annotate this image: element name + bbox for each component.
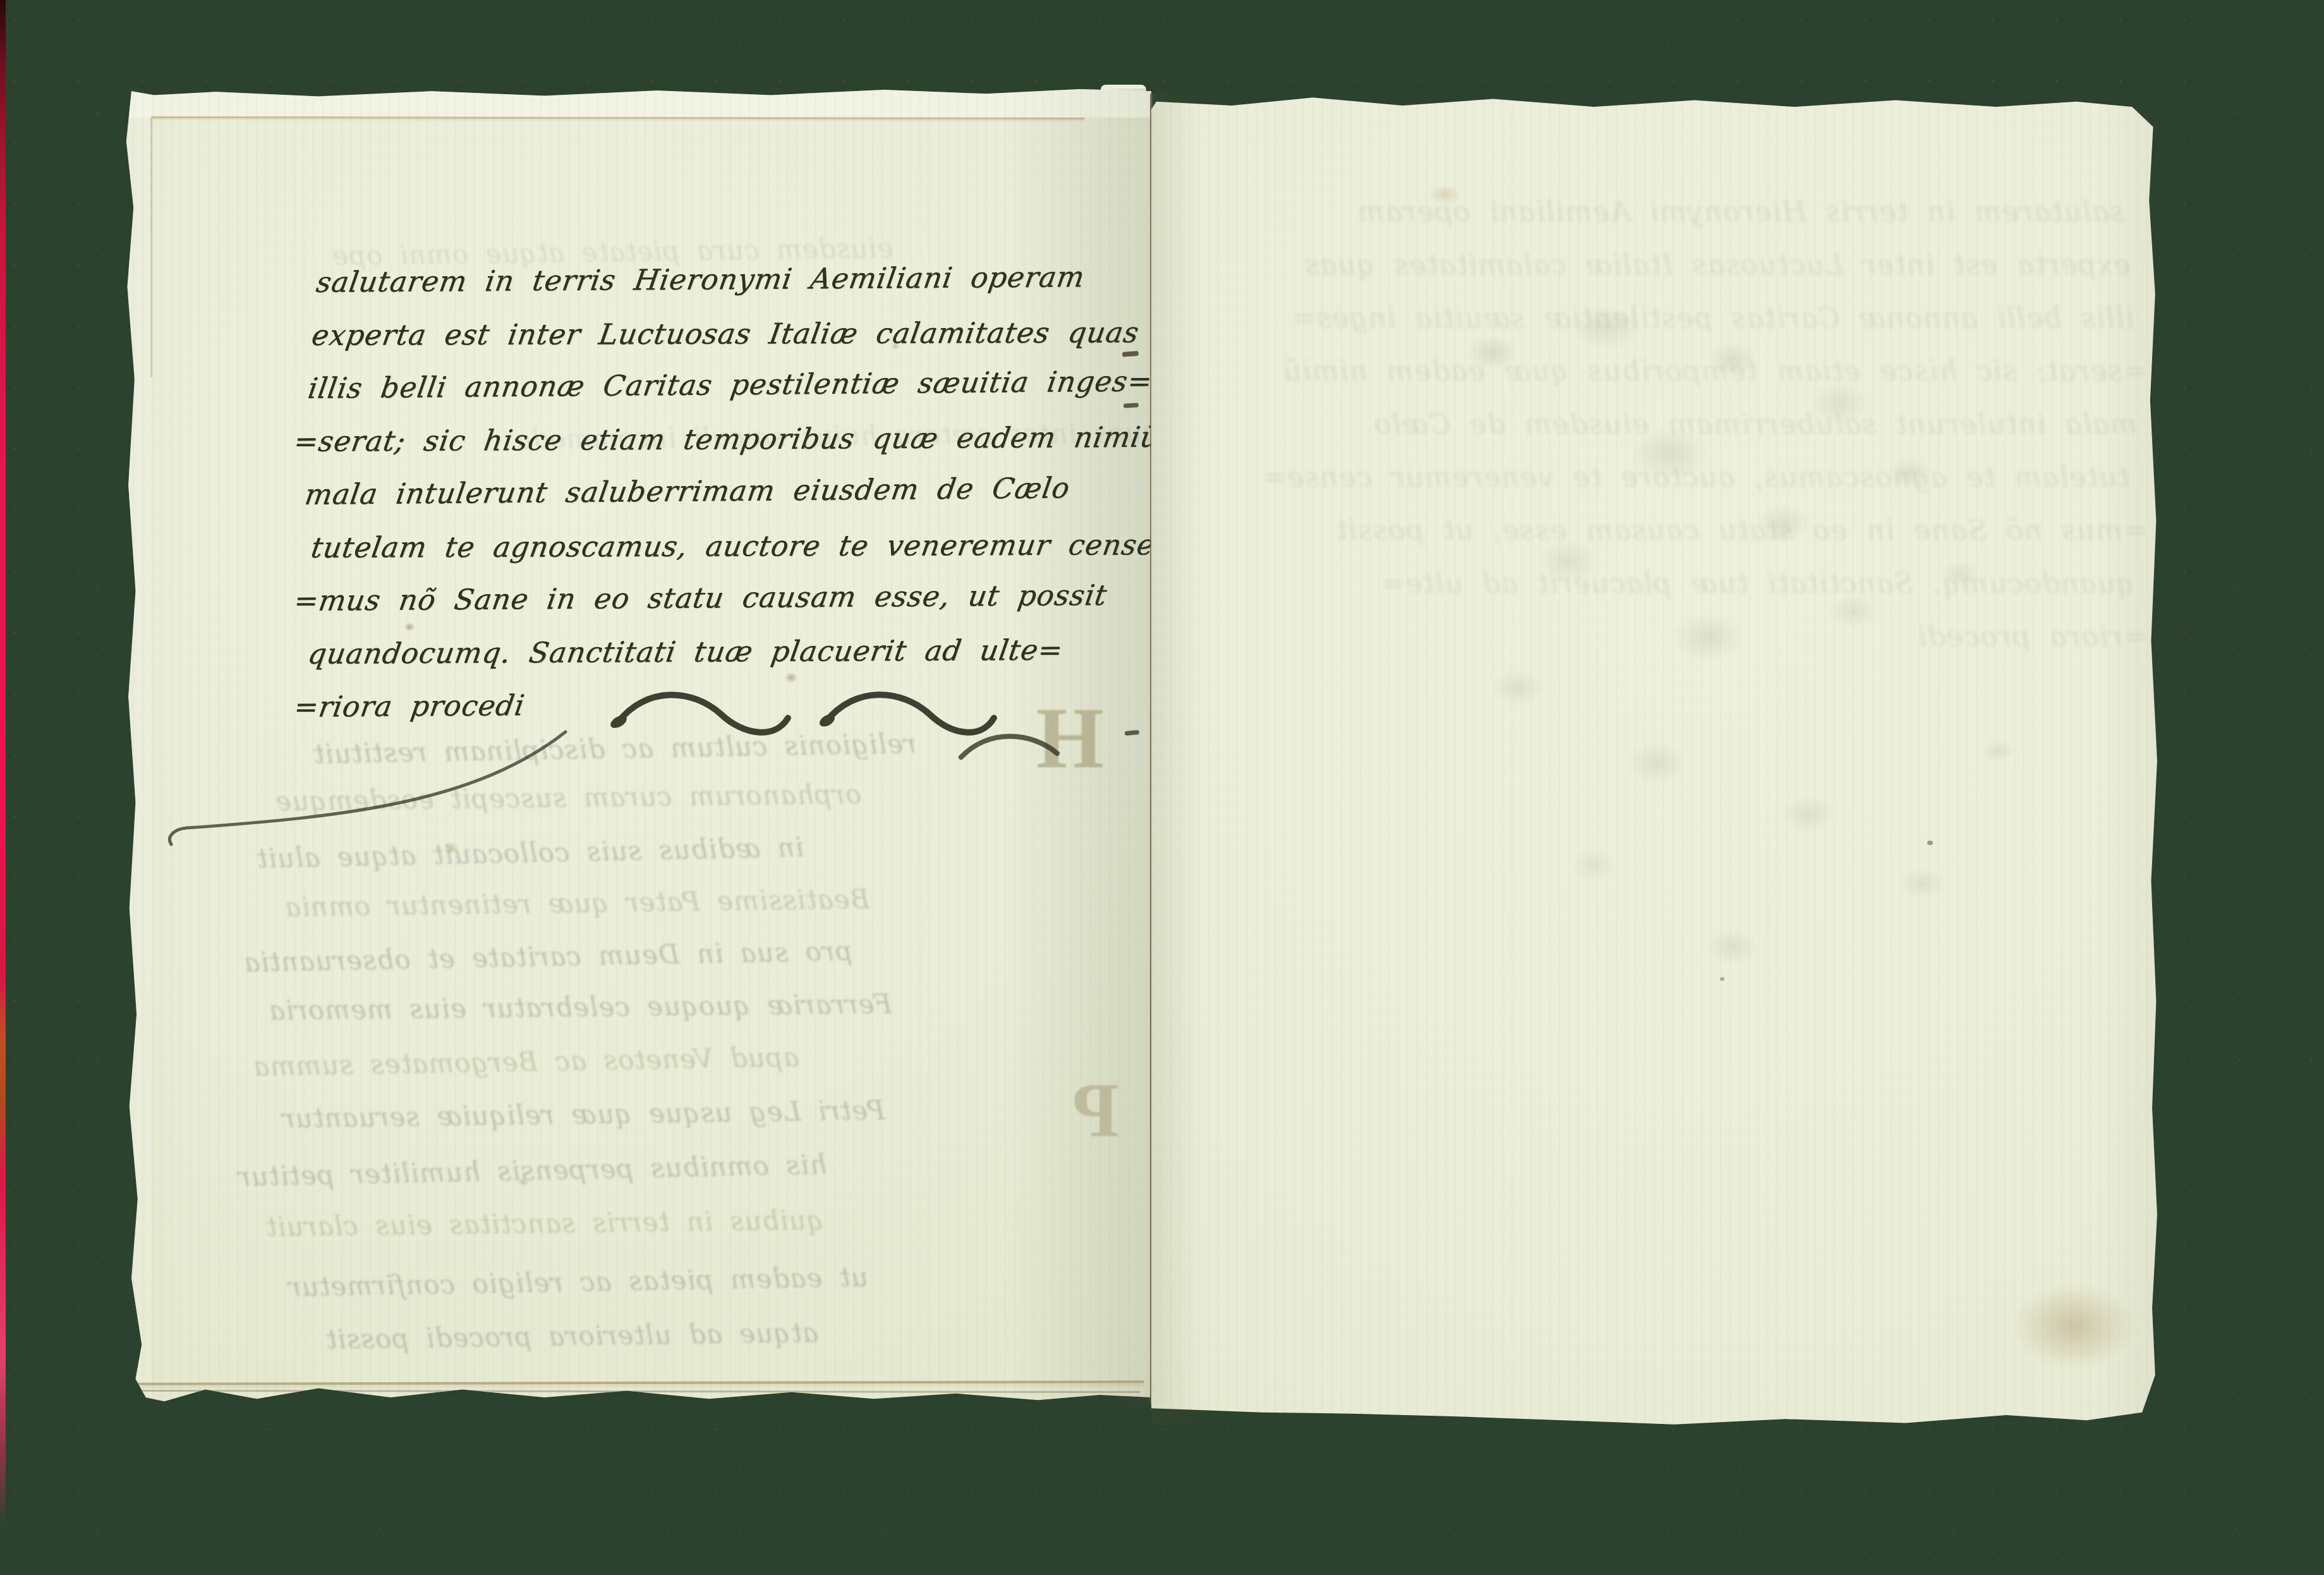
setoff-ghost-line: =mus nõ Sane in eo statu causam esse, ut… <box>1335 513 2147 547</box>
manuscript-scan: eiusdem cura pietate atque omni ope quos… <box>0 0 2324 1575</box>
manuscript-line: quandocumq. Sanctitati tuæ placuerit ad … <box>306 633 1065 671</box>
under-leaf-top-strip <box>123 88 1151 118</box>
ghost-initial-h: H <box>1036 688 1104 788</box>
binding-stitch <box>1123 403 1139 408</box>
manuscript-line: experta est inter Luctuosas Italiæ calam… <box>310 315 1142 352</box>
under-leaf-left-strip <box>123 88 152 1411</box>
manuscript-line: tutelam te agnoscamus, auctore te venere… <box>309 528 1182 564</box>
setoff-ghost-line: =riora procedi <box>1917 619 2147 653</box>
setoff-ghost-line: experta est inter Luctuosas Italiæ calam… <box>1304 248 2131 281</box>
bleedthrough-line: orphanorum curam suscepit eosdemque <box>275 779 862 817</box>
bleedthrough-line: Petri Leg usque quæ reliquiæ seruantur <box>281 1095 885 1134</box>
bleedthrough-line: atque ad ulteriora procedi possit <box>325 1317 818 1355</box>
paper-speck <box>1720 977 1724 981</box>
bleedthrough-line: quibus in terris sanctitas eius claruit <box>265 1205 824 1243</box>
setoff-ghost-line: quandocumq. Sanctitati tuæ placuerit ad … <box>1381 566 2134 600</box>
ink-setoff-ghost: salutarem in terris Hieronymi Aemiliani … <box>1265 195 2162 751</box>
manuscript-line: illis belli annonæ Caritas pestilentiæ s… <box>306 364 1155 405</box>
left-page: eiusdem cura pietate atque omni ope quos… <box>123 88 1151 1411</box>
paper-speck <box>1927 841 1933 845</box>
bleedthrough-line: in ædibus suis collocauit atque aluit <box>256 832 804 874</box>
bleedthrough-line: pro sua in Deum caritate et obseruantia <box>243 935 852 978</box>
book-edge-red-strip <box>0 0 6 1575</box>
setoff-ghost-line: salutarem in terris Hieronymi Aemiliani … <box>1357 195 2124 228</box>
manuscript-line: mala intulerunt saluberrimam eiusdem de … <box>303 471 1072 511</box>
manuscript-line: =mus nõ Sane in eo statu causam esse, ut… <box>292 578 1110 617</box>
manuscript-line: =serat; sic hisce etiam temporibus quæ e… <box>292 420 1162 458</box>
setoff-ghost-line: =serat; sic hisce etiam temporibus quæ e… <box>1283 354 2147 387</box>
bleedthrough-line: ut eadem pietas ac religio confirmetur <box>287 1262 868 1303</box>
bleedthrough-line: his omnibus perpensis humiliter petitur <box>237 1149 827 1193</box>
bleedthrough-line: apud Venetos ac Bergomates summa <box>253 1042 799 1082</box>
ghost-initial-p: P <box>1072 1067 1120 1155</box>
paper-stain <box>1423 182 1467 207</box>
setoff-ghost-line: tutelam te agnoscamus, auctore te venere… <box>1262 460 2129 494</box>
deckle-edge-line <box>142 1390 1141 1393</box>
bleedthrough-line: religionis cultum ac disciplinam restitu… <box>313 728 916 770</box>
manuscript-line: salutarem in terris Hieronymi Aemiliani … <box>314 260 1087 299</box>
leaf-edge-line-left <box>150 118 152 377</box>
bleedthrough-line: Beatissime Pater quæ retinentur omnia <box>284 884 870 923</box>
setoff-ghost-line: illis belli annonæ Caritas pestilentiæ s… <box>1292 301 2134 334</box>
manuscript-line: =riora procedi <box>292 688 527 724</box>
setoff-ghost-line: mala intulerunt saluberrimam eiusdem de … <box>1374 407 2137 441</box>
deckle-edge-line <box>135 1380 1144 1385</box>
paper-stain <box>1992 1269 2156 1383</box>
bleedthrough-line: Ferrariæ quoque celebratur eius memoria <box>269 988 892 1026</box>
right-page: salutarem in terris Hieronymi Aemiliani … <box>1151 94 2157 1428</box>
